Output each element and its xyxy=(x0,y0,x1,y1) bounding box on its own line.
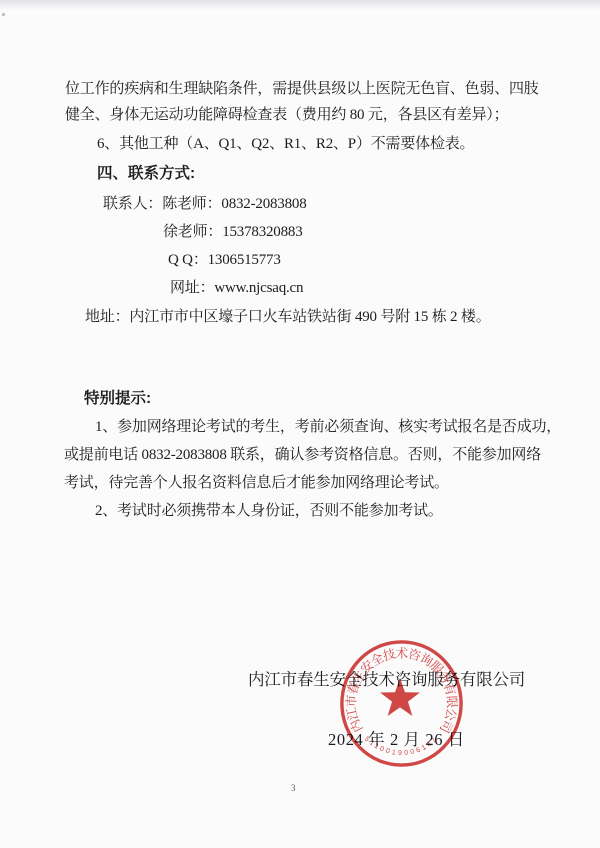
official-seal-stamp: 内江市春生安全技术咨询服务有限公司 5110019006147 xyxy=(339,639,464,767)
address-line: 地址：内江市市中区壕子口火车站铁站街 490 号附 15 栋 2 楼。 xyxy=(85,308,491,326)
contact-person-line: 联系人：陈老师：0832-2083808 xyxy=(103,195,307,213)
svg-text:5110019006147: 5110019006147 xyxy=(363,736,440,757)
notice-line-1c: 考试，待完善个人报名资料信息后才能参加网络理论考试。 xyxy=(64,474,449,492)
body-line-item6: 6、其他工种（A、Q1、Q2、R1、R2、P）不需要体检表。 xyxy=(97,135,474,153)
notice-line-1b: 或提前电话 0832-2083808 联系，确认参考资格信息。否则，不能参加网络 xyxy=(64,446,541,464)
scan-shadow-edge xyxy=(0,0,600,10)
contact-xu-line: 徐老师：15378320883 xyxy=(163,223,303,241)
seal-code-text: 5110019006147 xyxy=(363,736,440,757)
contact-qq-line: Q Q：1306515773 xyxy=(168,251,281,269)
body-line-intro-1: 位工作的疾病和生理缺陷条件，需提供县级以上医院无色盲、色弱、四肢 xyxy=(65,80,539,98)
notice-line-1a: 1、参加网络理论考试的考生，考前必须查询、核实考试报名是否成功， xyxy=(95,418,561,436)
notice-section-heading: 特别提示: xyxy=(84,390,151,409)
contact-section-heading: 四、联系方式: xyxy=(97,165,195,184)
contact-website-line: 网址：www.njcsaq.cn xyxy=(170,279,303,297)
scan-artifact xyxy=(2,13,5,16)
seal-star-icon xyxy=(380,678,420,716)
body-line-intro-2: 健全、身体无运动功能障碍检查表（费用约 80 元，各县区有差异）； xyxy=(65,106,508,124)
notice-line-2: 2、考试时必须携带本人身份证，否则不能参加考试。 xyxy=(95,502,443,520)
page-number: 3 xyxy=(291,783,296,794)
scanned-document-page: 位工作的疾病和生理缺陷条件，需提供县级以上医院无色盲、色弱、四肢 健全、身体无运… xyxy=(0,0,600,848)
